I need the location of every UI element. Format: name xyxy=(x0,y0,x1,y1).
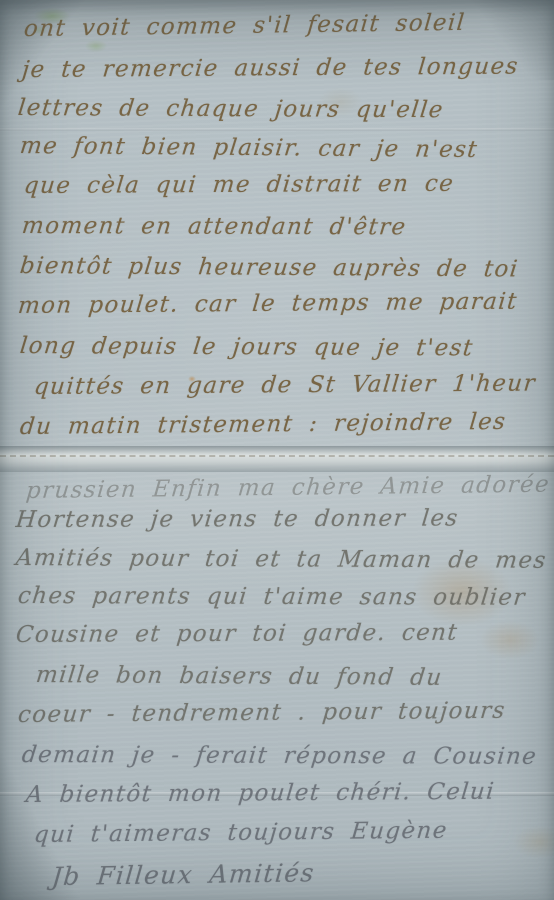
letter-line: je te remercie aussi de tes longues xyxy=(21,54,520,83)
letter-line: demain je - ferait réponse a Cousine xyxy=(21,742,539,770)
letter-line: mille bon baisers du fond du xyxy=(35,662,445,691)
letter-line: du matin tristement : rejoindre les xyxy=(19,409,508,440)
letter-line: long depuis le jours que je t'est xyxy=(19,333,475,361)
letter-line: A bientôt mon poulet chéri. Celui xyxy=(25,779,497,808)
letter-line: mon poulet. car le temps me parait xyxy=(17,289,519,319)
horizontal-fold-crease xyxy=(0,446,554,472)
letter-line: Hortense je viens te donner les xyxy=(15,505,460,533)
signature-line: Jb Filleux Amitiés xyxy=(51,858,316,891)
letter-line: ont voit comme s'il fesait soleil xyxy=(23,10,467,42)
letter-scan-page: ont voit comme s'il fesait soleil je te … xyxy=(0,0,554,900)
letter-line: Cousine et pour toi garde. cent xyxy=(15,620,460,648)
letter-line: coeur - tendrement . pour toujours xyxy=(17,698,507,728)
letter-line: moment en attendant d'être xyxy=(21,213,408,240)
faint-fold-line-upper xyxy=(0,128,554,131)
letter-line: prussien Enfin ma chère Amie adorée xyxy=(25,472,551,504)
letter-line: quittés en gare de St Vallier 1'heur xyxy=(33,370,537,400)
letter-line: me font bien plaisir. car je n'est xyxy=(19,133,480,163)
letter-line: Amitiés pour toi et ta Maman de mes xyxy=(15,545,549,574)
letter-line: bientôt plus heureuse auprès de toi xyxy=(19,253,521,282)
letter-line: que cèla qui me distrait en ce xyxy=(23,171,456,199)
letter-line: lettres de chaque jours qu'elle xyxy=(17,95,446,123)
letter-line: ches parents qui t'aime sans oublier xyxy=(17,583,528,611)
letter-line: qui t'aimeras toujours Eugène xyxy=(33,818,449,848)
